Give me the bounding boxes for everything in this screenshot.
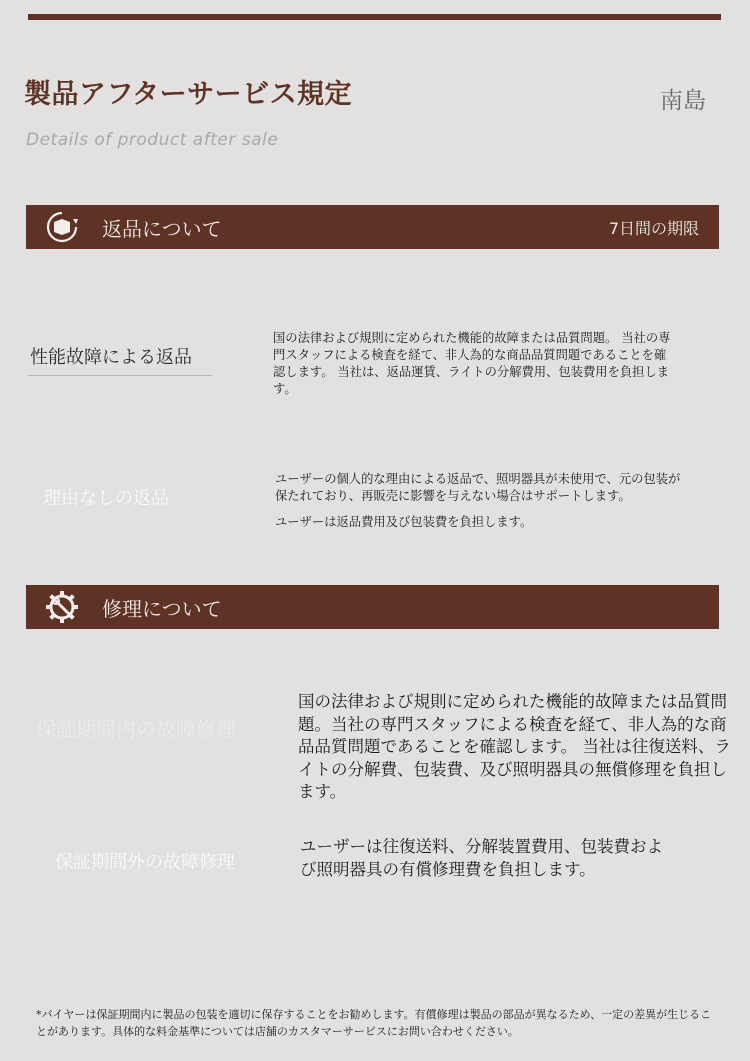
section-header-returns: 返品について 7日間の期限 bbox=[26, 205, 719, 249]
row-text-no-reason-return: ユーザーの個人的な理由による返品で、照明器具が未使用で、元の包装が保たれており、… bbox=[275, 471, 685, 531]
row-text-out-of-warranty-repair: ユーザーは往復送料、分解装置費用、包装費および照明器具の有償修理費を負担します。 bbox=[300, 836, 670, 881]
row-label-no-reason-return: 理由なしの返品 bbox=[43, 484, 169, 510]
row-label-defect-return: 性能故障による返品 bbox=[30, 343, 192, 369]
label-underline bbox=[28, 375, 212, 376]
gear-wrench-icon bbox=[44, 589, 80, 625]
section-header-repairs: 修理について bbox=[26, 585, 719, 629]
row-text-in-warranty-repair: 国の法律および規則に定められた機能的故障または品質問題。当社の専門スタッフによる… bbox=[298, 691, 738, 804]
row-text-defect-return: 国の法律および規則に定められた機能的故障または品質問題。 当社の専門スタッフによ… bbox=[273, 330, 673, 398]
row-label-in-warranty-repair: 保証期間内の故障修理 bbox=[36, 713, 236, 742]
section-title-returns: 返品について bbox=[102, 213, 222, 242]
section-title-repairs: 修理について bbox=[102, 593, 222, 622]
return-box-icon bbox=[44, 209, 80, 245]
footnote: *バイヤーは保証期間内に製品の包装を適切に保存することをお勧めします。有償修理は… bbox=[36, 1006, 716, 1040]
return-period-badge: 7日間の期限 bbox=[609, 216, 699, 239]
row-label-out-of-warranty-repair: 保証期間外の故障修理 bbox=[55, 848, 235, 874]
brand-name: 南島 bbox=[660, 82, 706, 115]
top-rule-divider bbox=[28, 14, 721, 20]
page-subtitle: Details of product after sale bbox=[26, 130, 278, 150]
page-title: 製品アフターサービス規定 bbox=[24, 72, 352, 111]
